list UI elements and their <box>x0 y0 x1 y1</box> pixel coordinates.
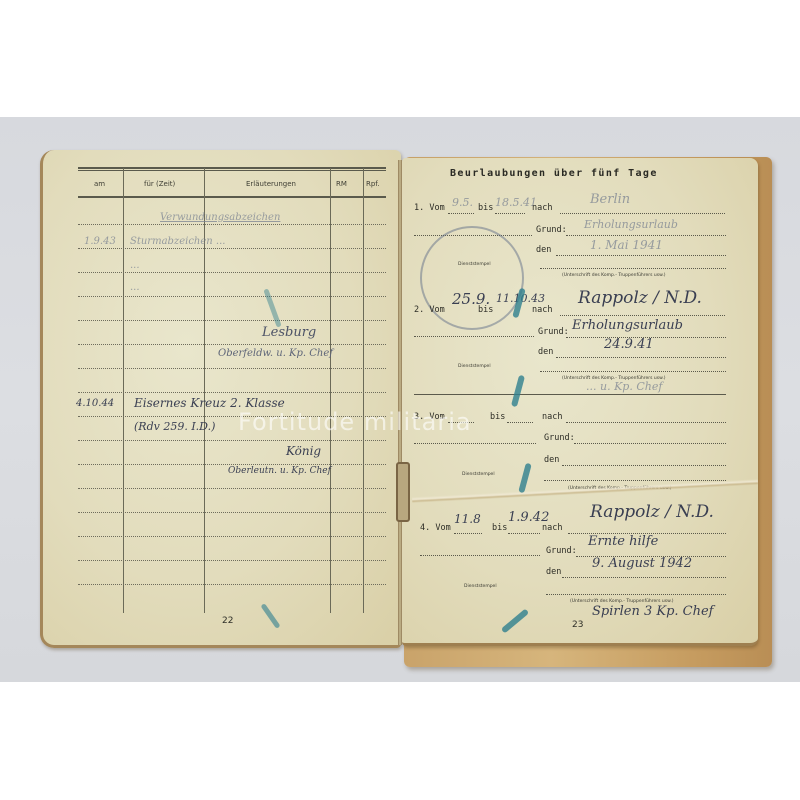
field-line <box>562 577 726 578</box>
leave-2-signature: ... u. Kp. Chef <box>586 380 662 393</box>
leave-4-signature: Spirlen 3 Kp. Chef <box>592 604 713 619</box>
watermark: Fortitude militaria <box>238 408 472 436</box>
field-line <box>448 213 474 214</box>
col-rpf: Rpf. <box>366 180 380 188</box>
leave-1-date: 1. Mai 1941 <box>590 238 663 252</box>
row-line <box>78 560 386 561</box>
col-divider <box>123 168 124 613</box>
col-divider <box>330 168 331 613</box>
field-line <box>454 533 482 534</box>
field-line <box>540 371 726 372</box>
page-number-left: 22 <box>222 616 233 626</box>
entry-text: ... <box>130 282 140 293</box>
label-dienststempel: Dienststempel <box>464 584 497 589</box>
entry-signature: Lesburg <box>262 325 316 340</box>
row-line <box>78 296 386 297</box>
entry-rank: Oberfeldw. u. Kp. Chef <box>218 348 333 359</box>
col-fuer-zeit: für (Zeit) <box>144 180 175 188</box>
label-bis: bis <box>492 523 507 533</box>
leave-1-destination: Berlin <box>590 192 630 207</box>
label-dienststempel: Dienststempel <box>462 472 495 477</box>
leave-4-from: 11.8 <box>454 512 481 526</box>
label-grund: Grund: <box>546 546 577 556</box>
label-grund: Grund: <box>536 225 567 235</box>
leave-4-date: 9. August 1942 <box>592 556 692 571</box>
entry-text: Sturmabzeichen ... <box>130 236 225 247</box>
section-divider <box>414 394 726 395</box>
row-line <box>78 272 386 273</box>
leave-1-reason: Erholungsurlaub <box>584 218 678 231</box>
binding-staple <box>396 462 410 522</box>
label-bis: bis <box>478 305 493 315</box>
row-line <box>78 488 386 489</box>
field-line <box>546 594 726 595</box>
field-line <box>566 235 726 236</box>
leave-4-reason: Ernte hilfe <box>588 534 658 549</box>
leave-2-date: 24.9.41 <box>604 337 654 352</box>
row-line <box>78 320 386 321</box>
row-line <box>78 224 386 225</box>
leave-2-reason: Erholungsurlaub <box>572 318 683 333</box>
leave-4-number: 4. Vom <box>420 523 451 533</box>
leave-1-number: 1. Vom <box>414 203 445 213</box>
col-am: am <box>94 180 105 188</box>
col-erlaeuterungen: Erläuterungen <box>246 180 296 188</box>
leave-1-from: 9.5. <box>452 196 473 209</box>
table-header-rule <box>78 196 386 198</box>
table-header: am für (Zeit) Erläuterungen RM Rpf. <box>78 174 386 196</box>
label-nach: nach <box>542 523 562 533</box>
label-den: den <box>536 245 551 255</box>
label-nach: nach <box>532 203 552 213</box>
entry-date: 4.10.44 <box>76 398 114 409</box>
field-line <box>414 443 536 444</box>
col-divider <box>204 168 205 613</box>
field-line <box>414 336 534 337</box>
field-line <box>556 255 726 256</box>
label-den: den <box>544 455 559 465</box>
label-dienststempel: Dienststempel <box>458 364 491 369</box>
book-spine <box>398 160 402 645</box>
label-grund: Grund: <box>544 433 575 443</box>
field-line <box>507 422 533 423</box>
label-bis: bis <box>478 203 493 213</box>
field-line <box>560 315 725 316</box>
row-line <box>78 248 386 249</box>
field-line <box>566 422 726 423</box>
row-line <box>78 368 386 369</box>
row-line <box>78 392 386 393</box>
row-line <box>78 512 386 513</box>
row-line <box>78 440 386 441</box>
label-nach: nach <box>532 305 552 315</box>
entry-date: 1.9.43 <box>84 236 116 247</box>
field-line <box>540 268 726 269</box>
table-top-rule-thin <box>78 170 386 171</box>
col-divider <box>363 168 364 613</box>
entry-text: Verwundungsabzeichen <box>160 212 280 223</box>
leave-2-destination: Rappolz / N.D. <box>578 288 702 308</box>
leave-4-destination: Rappolz / N.D. <box>590 502 714 522</box>
field-line <box>560 213 725 214</box>
right-page-title: Beurlaubungen über fünf Tage <box>450 168 658 179</box>
row-line <box>78 536 386 537</box>
field-line <box>562 465 726 466</box>
label-den: den <box>538 347 553 357</box>
entry-text: (Rdv 259. I.D.) <box>134 420 215 433</box>
label-den: den <box>546 567 561 577</box>
field-line <box>556 357 726 358</box>
page-number-right: 23 <box>572 620 583 630</box>
col-rm: RM <box>336 180 347 188</box>
row-line <box>78 464 386 465</box>
field-line <box>574 443 726 444</box>
field-line <box>544 480 726 481</box>
field-line <box>508 533 540 534</box>
field-line <box>420 555 540 556</box>
entry-rank: Oberleutn. u. Kp. Chef <box>228 466 331 476</box>
entry-signature: König <box>286 444 321 458</box>
leave-1-to: 18.5.41 <box>495 196 537 209</box>
label-bis: bis <box>490 412 505 422</box>
label-nach: nach <box>542 412 562 422</box>
field-line <box>495 213 525 214</box>
label-unterschrift: (Unterschrift des Komp.- Truppenführers … <box>562 273 666 278</box>
label-grund: Grund: <box>538 327 569 337</box>
row-line <box>78 344 386 345</box>
entry-text: ... <box>130 260 140 271</box>
table-top-rule <box>78 167 386 169</box>
row-line <box>78 584 386 585</box>
leave-2-number: 2. Vom <box>414 305 445 315</box>
